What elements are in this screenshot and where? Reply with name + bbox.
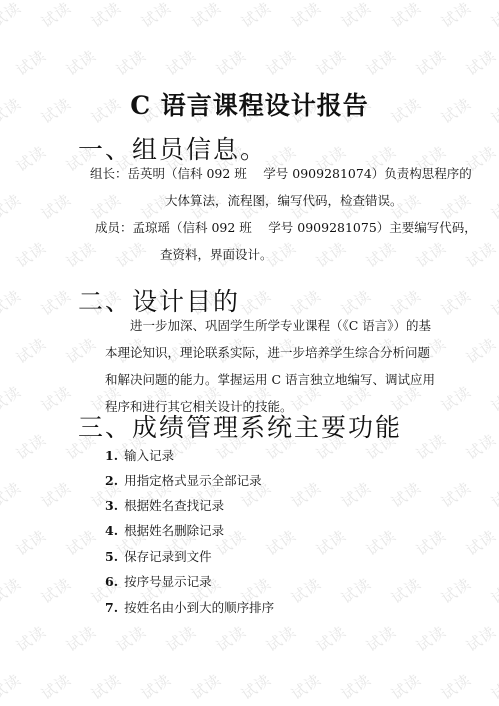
document-page: C 语言课程设计报告 一、组员信息。 组长：岳英明（信科 092 班 学号 09… [0,0,499,706]
member-line: 成员：孟琼瑶（信科 092 班 学号 0909281075）主要编写代码， [95,218,477,236]
feature-item: 7.按姓名由小到大的顺序排序 [105,598,274,616]
feature-item: 1.输入记录 [105,446,174,464]
member-duties: 查资料，界面设计。 [160,245,273,263]
feature-item: 2.用指定格式显示全部记录 [105,471,262,489]
section-heading-features: 三、成绩管理系统主要功能 [78,408,402,444]
feature-item: 3.根据姓名查找记录 [105,496,224,514]
section-heading-members: 一、组员信息。 [78,130,267,166]
document-title: C 语言课程设计报告 [0,86,499,122]
feature-item: 6.按序号显示记录 [105,572,212,590]
member-leader-duties: 大体算法，流程图，编写代码，检查错误。 [165,191,403,209]
feature-item: 4.根据姓名删除记录 [105,521,224,539]
member-leader-line: 组长：岳英明（信科 092 班 学号 0909281074）负责构思程序的 [90,164,472,182]
purpose-paragraph: 进一步加深、巩固学生所学专业课程（《C 语言》）的基本理论知识，理论联系实际，进… [105,312,435,420]
feature-item: 5.保存记录到文件 [105,547,212,565]
